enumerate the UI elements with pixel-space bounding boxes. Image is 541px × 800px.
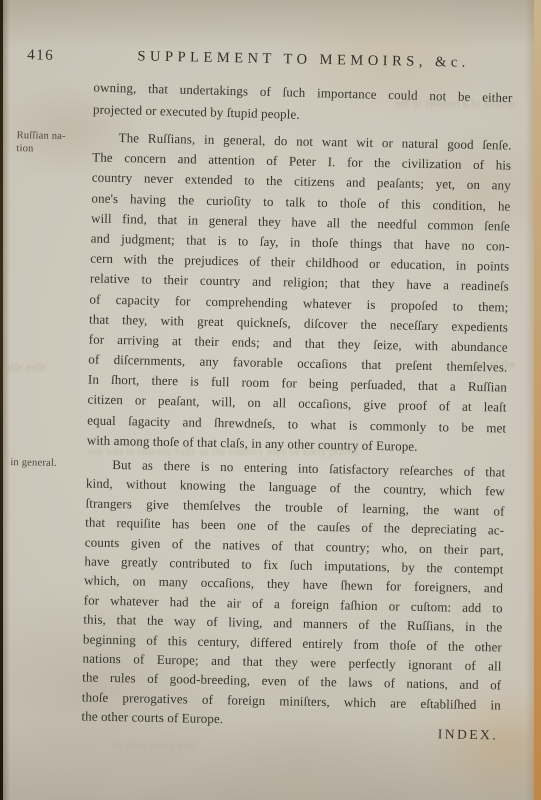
book-page-scan: 416 SUPPLEMENT TO MEMOIRS, &c. owning, t…	[0, 0, 541, 800]
paragraph: in general.But as there is no entering i…	[81, 454, 505, 733]
catchword: INDEX.	[438, 726, 499, 743]
margin-note-line: in general.	[10, 456, 82, 470]
page-content: 416 SUPPLEMENT TO MEMOIRS, &c. owning, t…	[0, 0, 541, 800]
margin-note-line: tion	[16, 142, 88, 156]
running-header: SUPPLEMENT TO MEMOIRS, &c.	[94, 48, 513, 73]
page-edge-right-shadow	[525, 0, 534, 800]
page-number: 416	[27, 47, 54, 65]
margin-note: in general.	[10, 456, 82, 470]
paragraph: Ruſſian na-tionThe Ruſſians, in general,…	[87, 128, 512, 459]
page-edge-right	[534, 0, 541, 800]
paragraph: owning, that undertakings of ſuch import…	[93, 77, 513, 132]
page-edge-left-shadow	[3, 0, 10, 800]
margin-note: Ruſſian na-tion	[16, 129, 88, 156]
text-block: owning, that undertakings of ſuch import…	[81, 77, 512, 734]
